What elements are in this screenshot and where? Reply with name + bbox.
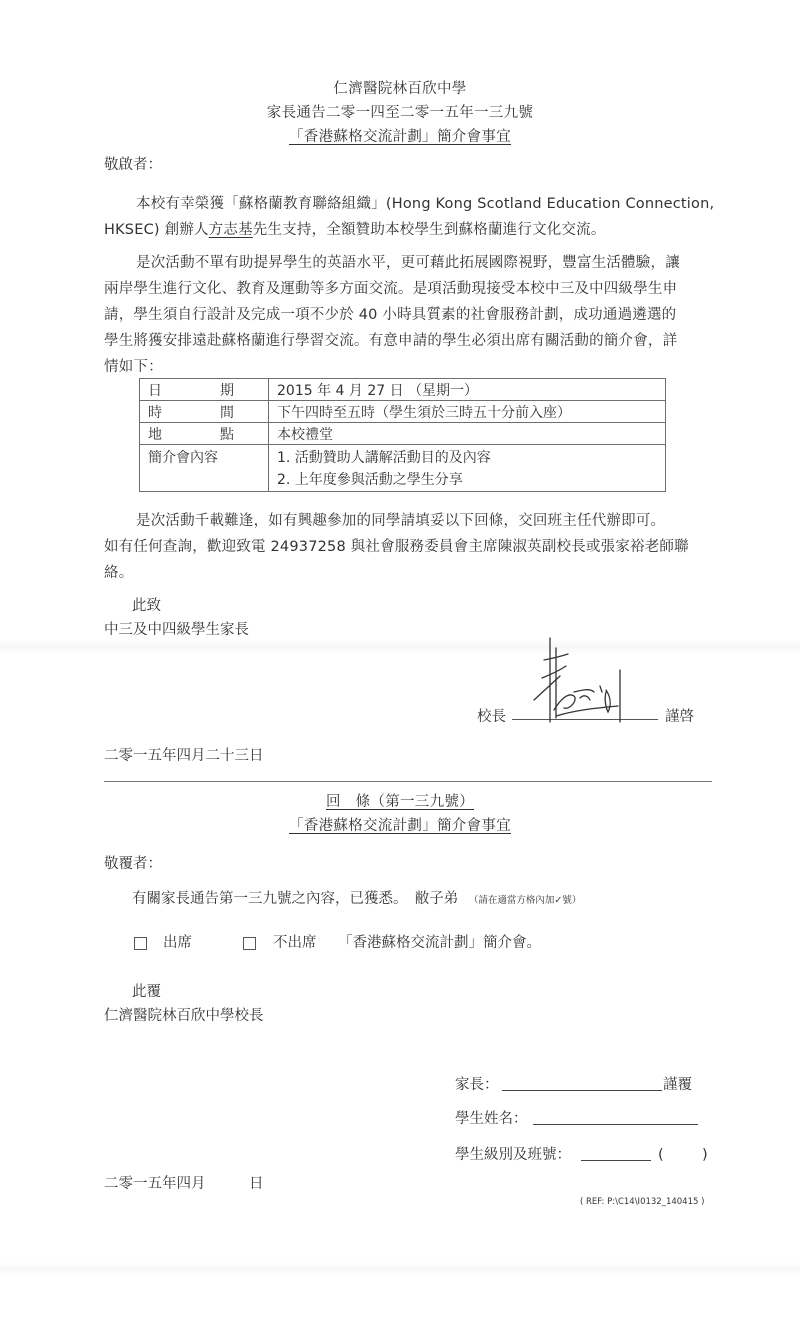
label-char: 地	[148, 424, 162, 444]
paragraph-2-line: 情如下：	[104, 354, 716, 380]
class-number-field[interactable]	[668, 1146, 700, 1162]
cut-line-divider	[104, 781, 712, 782]
reply-date: 二零一五年四月 日	[104, 1171, 264, 1197]
reply-closing: 此覆	[132, 979, 161, 1005]
paragraph-3-line: 如有任何查詢，歡迎致電 24937258 與社會服務委員會主席陳淑英副校長或張家…	[104, 534, 716, 560]
row-label: 簡介會內容	[140, 445, 269, 492]
content-item: 2. 上年度參與活動之學生分享	[277, 469, 657, 491]
acknowledgement: 有關家長通告第一三九號之內容，已獲悉。 敝子弟 （請在適當方格內加✓號）	[132, 886, 581, 914]
paragraph-3-line: 絡。	[104, 560, 716, 586]
student-name-label: 學生姓名：	[455, 1106, 528, 1132]
paragraph-3-line: 是次活動千載難逢，如有興趣參加的同學請填妥以下回條，交回班主任代辦即可。	[136, 513, 665, 529]
paragraph-2: 是次活動不單有助提昇學生的英語水平，更可藉此拓展國際視野，豐富生活體驗，讓 兩岸…	[104, 250, 716, 380]
paragraph-1: 本校有幸榮獲「蘇格蘭教育聯絡組織」(Hong Kong Scotland Edu…	[104, 191, 716, 243]
table-row: 時間 下午四時至五時（學生須於三時五十分前入座）	[140, 401, 666, 423]
sponsor-name: 方志基	[209, 222, 253, 238]
closing: 此致	[132, 593, 161, 619]
scan-fold	[0, 1262, 800, 1276]
signer-title: 校長	[477, 704, 506, 730]
reply-slip-subject: 「香港蘇格交流計劃」簡介會事宜	[0, 814, 800, 835]
signer-suffix: 謹啓	[665, 704, 694, 730]
class-number-open: (	[658, 1142, 664, 1168]
paragraph-1-line-1: 本校有幸榮獲「蘇格蘭教育聯絡組織」(Hong Kong Scotland Edu…	[136, 196, 714, 212]
reference-code: ( REF: P:\C14\I0132_140415 )	[580, 1197, 704, 1207]
paragraph-2-line: 請，學生須自行設計及完成一項不少於 40 小時具質素的社會服務計劃，成功通過遴選…	[104, 302, 716, 328]
content-item: 1. 活動贊助人講解活動目的及內容	[277, 447, 657, 469]
paragraph-2-line: 兩岸學生進行文化、教育及運動等多方面交流。是項活動現接受本校中三及中四級學生申	[104, 276, 716, 302]
student-name-field[interactable]	[533, 1124, 698, 1125]
class-number-close: )	[702, 1142, 708, 1168]
label-char: 間	[220, 402, 234, 422]
not-attend-checkbox[interactable]	[243, 937, 256, 950]
notice-number: 家長通告二零一四至二零一五年一三九號	[0, 101, 800, 122]
paragraph-2-line: 是次活動不單有助提昇學生的英語水平，更可藉此拓展國際視野，豐富生活體驗，讓	[136, 255, 680, 271]
reply-slip-title: 回 條（第一三九號）	[0, 790, 800, 811]
row-label: 日期	[140, 379, 269, 401]
attend-checkbox[interactable]	[134, 937, 147, 950]
event-name: 「香港蘇格交流計劃」簡介會。	[338, 930, 541, 956]
paragraph-2-line: 學生將獲安排遠赴蘇格蘭進行學習交流。有意申請的學生必須出席有關活動的簡介會，詳	[104, 328, 716, 354]
document-page: 仁濟醫院林百欣中學 家長通告二零一四至二零一五年一三九號 「香港蘇格交流計劃」簡…	[0, 0, 800, 1319]
parent-label: 家長：	[455, 1072, 499, 1098]
parent-suffix: 謹覆	[663, 1072, 692, 1098]
notice-subject: 「香港蘇格交流計劃」簡介會事宜	[0, 125, 800, 146]
row-label: 地點	[140, 423, 269, 445]
row-value: 1. 活動贊助人講解活動目的及內容 2. 上年度參與活動之學生分享	[269, 445, 666, 492]
row-label: 時間	[140, 401, 269, 423]
attend-label: 出席	[163, 930, 192, 956]
reply-recipient: 仁濟醫院林百欣中學校長	[104, 1003, 264, 1029]
checkbox-instruction: （請在適當方格內加✓號）	[469, 895, 581, 906]
reply-salutation: 敬覆者：	[104, 851, 162, 877]
recipient: 中三及中四級學生家長	[104, 617, 249, 643]
notice-date: 二零一五年四月二十三日	[104, 743, 264, 769]
row-value: 本校禮堂	[269, 423, 666, 445]
student-class-field[interactable]	[581, 1160, 651, 1161]
event-details-table: 日期 2015 年 4 月 27 日 （星期一） 時間 下午四時至五時（學生須於…	[139, 378, 666, 492]
acknowledgement-text: 有關家長通告第一三九號之內容，已獲悉。 敝子弟	[132, 891, 458, 907]
paragraph-1-line-2-post: 先生支持，全額贊助本校學生到蘇格蘭進行文化交流。	[253, 222, 606, 238]
table-row: 日期 2015 年 4 月 27 日 （星期一）	[140, 379, 666, 401]
table-row: 簡介會內容 1. 活動贊助人講解活動目的及內容 2. 上年度參與活動之學生分享	[140, 445, 666, 492]
school-name: 仁濟醫院林百欣中學	[0, 77, 800, 98]
parent-signature-field[interactable]	[502, 1090, 662, 1091]
label-char: 點	[220, 424, 234, 444]
table-row: 地點 本校禮堂	[140, 423, 666, 445]
label-char: 期	[220, 380, 234, 400]
row-value: 2015 年 4 月 27 日 （星期一）	[269, 379, 666, 401]
not-attend-label: 不出席	[273, 930, 317, 956]
label-char: 日	[148, 380, 162, 400]
label-char: 時	[148, 402, 162, 422]
signature-icon	[520, 630, 640, 725]
row-value: 下午四時至五時（學生須於三時五十分前入座）	[269, 401, 666, 423]
paragraph-3: 是次活動千載難逢，如有興趣參加的同學請填妥以下回條，交回班主任代辦即可。 如有任…	[104, 508, 716, 586]
paragraph-1-line-2-pre: HKSEC) 創辦人	[104, 222, 209, 238]
student-class-label: 學生級別及班號：	[455, 1142, 571, 1168]
salutation: 敬啟者：	[104, 152, 162, 178]
